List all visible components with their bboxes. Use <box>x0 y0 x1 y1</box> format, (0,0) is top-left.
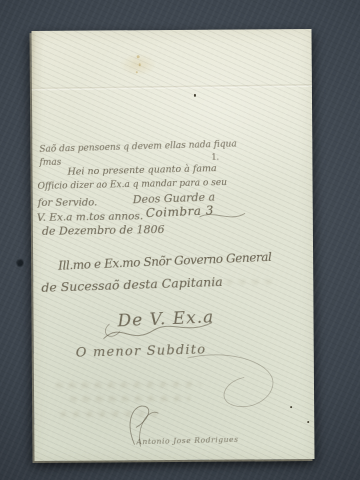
subscription-tail-flourish <box>184 347 285 428</box>
ink-bleedthrough <box>213 279 273 284</box>
handwritten-line-1: Saõ das pensoens q devem ellas nada fiqu… <box>39 139 237 155</box>
ink-bleedthrough <box>56 382 201 388</box>
manuscript-paper: Saõ das pensoens q devem ellas nada fiqu… <box>32 29 315 461</box>
handwritten-line-2: fmas <box>39 158 61 168</box>
ink-speck <box>307 421 309 423</box>
dateline-date: de Dezembro de 1806 <box>42 223 165 238</box>
handwritten-line-6a: V. Ex.a m.tos annos. <box>37 210 144 224</box>
handwritten-line-4: Officio dizer ao Ex.a q mandar para o se… <box>37 178 227 192</box>
foxing-stain <box>139 63 141 66</box>
handwritten-line-3: Hei no presente quanto à fama <box>67 163 216 178</box>
ink-speck <box>194 94 196 97</box>
pen-flourish <box>198 207 248 227</box>
marginal-mark: 1. <box>211 153 219 162</box>
ink-speck <box>290 406 292 408</box>
background-blemish <box>16 258 24 268</box>
address-line-1: Ill.mo e Ex.mo Snõr Governo General <box>58 250 272 273</box>
foxing-stain <box>137 55 140 58</box>
fold-crease <box>32 84 312 91</box>
address-line-2: de Sucessaõ desta Capitania <box>41 274 223 295</box>
foxing-stain <box>136 71 138 73</box>
signature: Antonio Jose Rodrigues <box>136 435 238 446</box>
manuscript-photo: Saõ das pensoens q devem ellas nada fiqu… <box>0 0 360 480</box>
handwritten-line-5a: for Servido. <box>38 198 98 209</box>
